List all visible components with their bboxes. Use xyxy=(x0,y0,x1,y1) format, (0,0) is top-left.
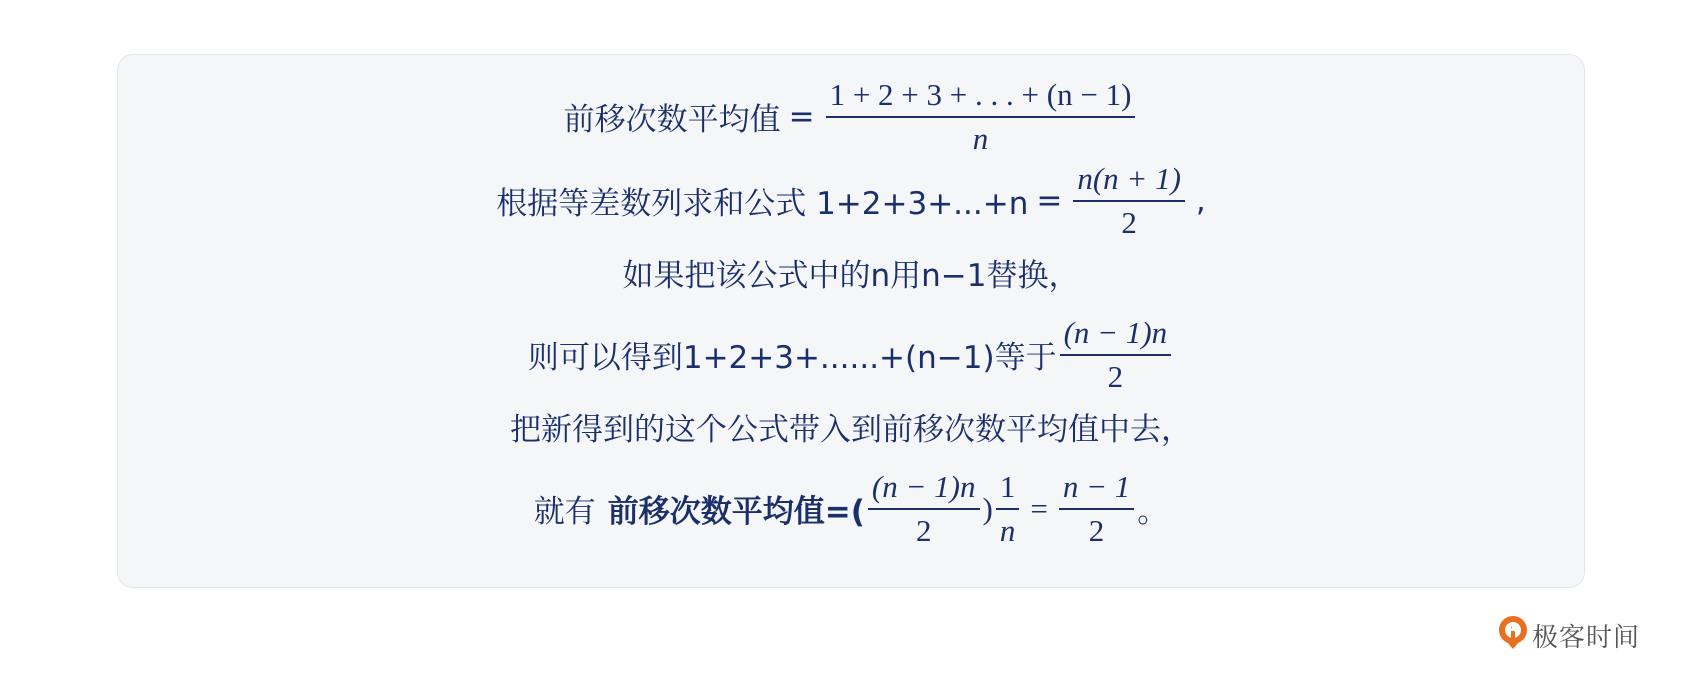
fraction-sum-over-n: 1 + 2 + 3 + . . . + (n − 1) n xyxy=(826,77,1136,156)
fraction-1: (n − 1)n 2 xyxy=(868,469,980,548)
equals-sign: = xyxy=(1036,183,1062,219)
denominator: 2 xyxy=(1085,510,1109,549)
numerator: 1 xyxy=(996,469,1020,508)
geektime-logo: 极客时间 xyxy=(1498,616,1640,654)
close-paren: ) xyxy=(983,491,993,527)
equals-sign: = xyxy=(789,99,815,135)
period: 。 xyxy=(1137,486,1168,531)
geektime-logo-icon xyxy=(1498,616,1528,654)
formula-line-3: 如果把该公式中的n用n−1替换， xyxy=(118,250,1584,295)
formula-line-6: 就有 前移次数平均值=( (n − 1)n 2 ) 1 n = n − 1 2 … xyxy=(118,469,1584,548)
denominator: n xyxy=(996,510,1020,549)
numerator: n − 1 xyxy=(1059,469,1134,508)
denominator: n xyxy=(969,118,993,157)
numerator: n(n + 1) xyxy=(1073,161,1185,200)
comma: , xyxy=(1196,183,1206,219)
formula-card: 前移次数平均值 = 1 + 2 + 3 + . . . + (n − 1) n … xyxy=(117,54,1585,588)
formula-line-1: 前移次数平均值 = 1 + 2 + 3 + . . . + (n − 1) n xyxy=(118,77,1584,156)
numerator: (n − 1)n xyxy=(1060,315,1172,354)
fraction-n-n-plus-1-over-2: n(n + 1) 2 xyxy=(1073,161,1185,240)
prefix-text: 就有 xyxy=(534,486,596,531)
formula-line-2: 根据等差数列求和公式 1+2+3+...+n = n(n + 1) 2 , xyxy=(118,161,1584,240)
text-substitute: 把新得到的这个公式带入到前移次数平均值中去， xyxy=(510,404,1192,449)
denominator: 2 xyxy=(912,510,936,549)
denominator: 2 xyxy=(1117,202,1141,241)
label-average-moves: 前移次数平均值 xyxy=(564,94,781,139)
denominator: 2 xyxy=(1104,356,1128,395)
fraction-2: 1 n xyxy=(996,469,1020,548)
text-replace-n: 如果把该公式中的n用n−1替换， xyxy=(623,250,1080,295)
logo-text: 极客时间 xyxy=(1532,617,1640,654)
label-sum-to-n-minus-1: 则可以得到1+2+3+......+(n−1)等于 xyxy=(528,332,1057,377)
bold-label-average: 前移次数平均值=( xyxy=(608,486,865,531)
equals-sign: = xyxy=(1030,491,1047,527)
formula-line-5: 把新得到的这个公式带入到前移次数平均值中去， xyxy=(118,404,1584,449)
numerator: (n − 1)n xyxy=(868,469,980,508)
fraction-3: n − 1 2 xyxy=(1059,469,1134,548)
numerator: 1 + 2 + 3 + . . . + (n − 1) xyxy=(826,77,1136,116)
formula-line-4: 则可以得到1+2+3+......+(n−1)等于 (n − 1)n 2 xyxy=(118,315,1584,394)
label-arithmetic-sum: 根据等差数列求和公式 1+2+3+...+n xyxy=(496,178,1028,223)
fraction-n-minus-1-n-over-2: (n − 1)n 2 xyxy=(1060,315,1172,394)
